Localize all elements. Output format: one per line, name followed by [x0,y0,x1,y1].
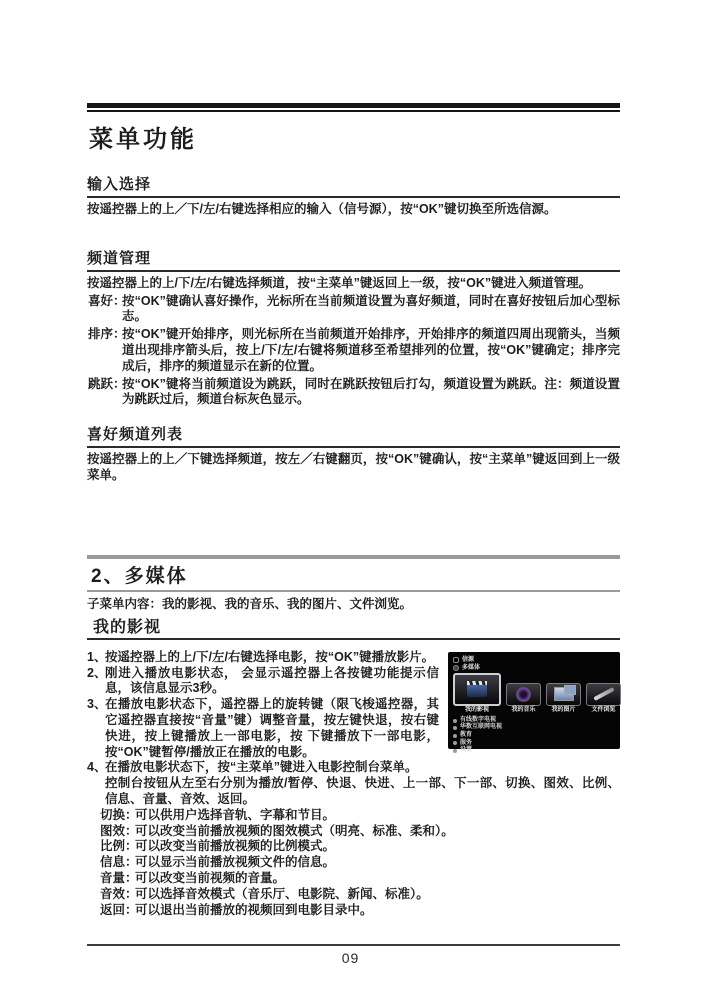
channel-item-sort: 排序： 按“OK”键开始排序，则光标所在当前频道开始排序，开始排序的频道四周出现… [87,327,620,374]
control-return: 返回： 可以退出当前播放的视频回到电影目录中。 [87,903,620,919]
step-1-number: 1、 [87,650,106,666]
step-2-text: 刚进入播放电影状态， 会显示遥控器上各按键功能提示信息，该信息显示3秒。 [105,666,439,696]
control-volume-label: 音量： [100,871,138,887]
control-aspect-text: 可以改变当前播放视频的比例模式。 [135,839,335,853]
console-buttons-description: 控制台按钮从左至右分别为播放/暂停、快退、快进、上一部、下一部、切换、图效、比例… [87,776,620,808]
channel-mgmt-body: 按遥控器上的上/下/左/右键选择频道，按“主菜单”键返回上一级，按“OK”键进入… [87,276,620,292]
control-picture-effect-text: 可以改变当前播放视频的图效模式（明亮、标准、柔和）。 [135,824,454,838]
input-select-body: 按遥控器上的上／下/左/右键选择相应的输入（信号源），按“OK”键切换至所选信源… [87,202,620,218]
channel-item-sort-text: 按“OK”键开始排序，则光标所在当前频道开始排序，开始排序的频道四周出现箭头，当… [122,327,620,373]
step-2: 2、 刚进入播放电影状态， 会显示遥控器上各按键功能提示信息，该信息显示3秒。 [87,666,620,698]
channel-item-skip: 跳跃： 按“OK”键将当前频道设为跳跃，同时在跳跃按钮后打勾，频道设置为跳跃。注… [87,377,620,409]
step-1-text: 按遥控器上的上/下/左/右键选择电影，按“OK”键播放影片。 [105,650,434,664]
section-heading-multimedia: 2、多媒体 [87,559,620,590]
channel-item-favorite: 喜好： 按“OK”键确认喜好操作，光标所在当前频道设置为喜好频道，同时在喜好按钮… [87,294,620,326]
manual-page: 菜单功能 输入选择 按遥控器上的上／下/左/右键选择相应的输入（信号源），按“O… [0,0,701,994]
page-title: 菜单功能 [89,119,620,154]
control-switch: 切换： 可以供用户选择音轨、字幕和节目。 [87,808,620,824]
control-picture-effect: 图效： 可以改变当前播放视频的图效模式（明亮、标准、柔和）。 [87,824,620,840]
step-3: 3、 在播放电影状态下，遥控器上的旋转键（限飞梭遥控器，其它遥控器直接按“音量”… [87,697,620,760]
my-movies-heading-rule: 我的影视 [87,614,620,640]
my-movies-steps: 信源 多媒体 我的影视 [87,650,620,919]
control-sound-effect-text: 可以选择音效模式（音乐厅、电影院、新闻、标准）。 [135,887,429,901]
multimedia-submenu-line: 子菜单内容：我的影视、我的音乐、我的图片、文件浏览。 [87,597,620,612]
step-3-number: 3、 [87,697,106,713]
step-4: 4、 在播放电影状态下，按“主菜单”键进入电影控制台菜单。 [87,760,620,776]
section-heading-channel-mgmt: 频道管理 [87,247,620,272]
channel-item-favorite-text: 按“OK”键确认喜好操作，光标所在当前频道设置为喜好频道，同时在喜好按钮后加心型… [122,294,620,324]
control-volume-text: 可以改变当前视频的音量。 [135,871,285,885]
control-sound-effect-label: 音效： [100,887,138,903]
content-column: 菜单功能 输入选择 按遥控器上的上／下/左/右键选择相应的输入（信号源），按“O… [87,0,620,918]
control-sound-effect: 音效： 可以选择音效模式（音乐厅、电影院、新闻、标准）。 [87,887,620,903]
section-heading-my-movies: 我的影视 [93,614,620,637]
section-heading-input-select: 输入选择 [87,173,620,198]
footer-rule [87,944,620,946]
step-4-number: 4、 [87,760,106,776]
channel-item-sort-label: 排序： [88,327,126,343]
control-switch-label: 切换： [100,808,138,824]
control-info-text: 可以显示当前播放视频文件的信息。 [135,855,335,869]
channel-item-skip-label: 跳跃： [88,377,126,393]
header-rule-thin [87,110,620,112]
control-return-label: 返回： [100,903,138,919]
multimedia-bottom-rule [87,590,620,592]
control-aspect-label: 比例： [100,839,138,855]
header-rule-thick [87,103,620,108]
control-switch-text: 可以供用户选择音轨、字幕和节目。 [135,808,335,822]
control-aspect: 比例： 可以改变当前播放视频的比例模式。 [87,839,620,855]
control-return-text: 可以退出当前播放的视频回到电影目录中。 [135,903,373,917]
favorite-list-body: 按遥控器上的上／下键选择频道，按左／右键翻页，按“OK”键确认，按“主菜单”键返… [87,452,620,484]
page-number: 09 [0,950,701,966]
channel-item-favorite-label: 喜好： [88,294,126,310]
section-heading-favorite-list: 喜好频道列表 [87,423,620,448]
step-2-number: 2、 [87,666,106,682]
control-info: 信息： 可以显示当前播放视频文件的信息。 [87,855,620,871]
control-info-label: 信息： [100,855,138,871]
control-volume: 音量： 可以改变当前视频的音量。 [87,871,620,887]
step-3-text: 在播放电影状态下，遥控器上的旋转键（限飞梭遥控器，其它遥控器直接按“音量”键）调… [105,697,439,758]
step-1: 1、 按遥控器上的上/下/左/右键选择电影，按“OK”键播放影片。 [87,650,620,666]
control-picture-effect-label: 图效： [100,824,138,840]
step-4-text: 在播放电影状态下，按“主菜单”键进入电影控制台菜单。 [105,760,418,774]
channel-item-skip-text: 按“OK”键将当前频道设为跳跃，同时在跳跃按钮后打勾，频道设置为跳跃。注：频道设… [122,377,620,407]
